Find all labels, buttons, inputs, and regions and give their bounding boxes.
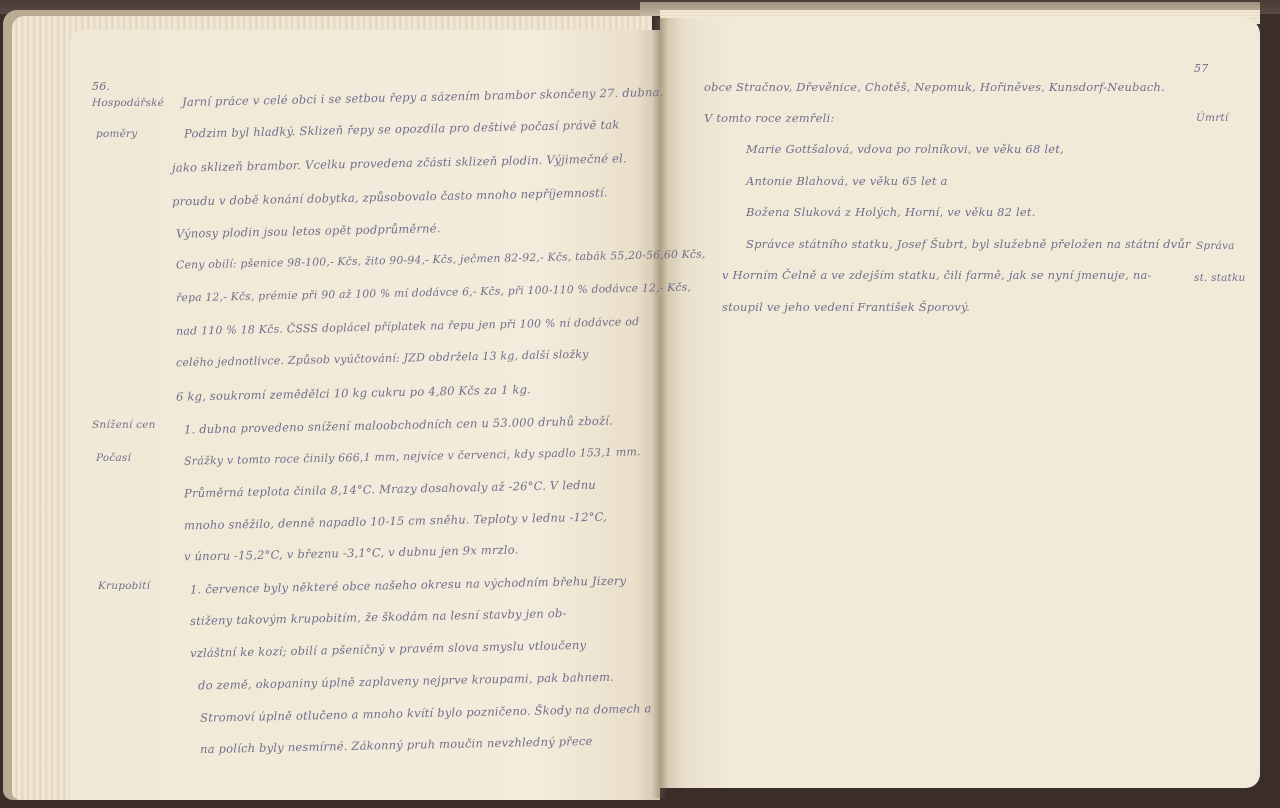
margin-note: Krupobití [98, 580, 150, 592]
margin-note: Počasí [96, 452, 131, 464]
text-line: Správce státního statku, Josef Šubrt, by… [746, 237, 1191, 251]
text-line: stoupil ve jeho vedení František Šporový… [722, 300, 970, 314]
margin-note: Úmrtí [1196, 112, 1228, 124]
text-line: V tomto roce zemřeli: [704, 111, 834, 125]
text-line: Božena Sluková z Holých, Horní, ve věku … [746, 205, 1036, 219]
right-page [660, 18, 1260, 788]
margin-note: Správa [1196, 240, 1235, 252]
book-spine [652, 18, 668, 798]
text-line: Marie Gottšalová, vdova po rolníkovi, ve… [746, 142, 1064, 156]
text-line: Antonie Blahová, ve věku 65 let a [746, 174, 948, 188]
text-line: obce Stračnov, Dřevěnice, Chotěš, Nepomu… [704, 80, 1165, 94]
margin-note: Snížení cen [92, 419, 156, 431]
margin-note: poměry [96, 128, 137, 140]
margin-note: st. statku [1194, 272, 1246, 284]
text-line: v Horním Čelně a ve zdejším statku, čili… [722, 268, 1152, 282]
right-page-number: 57 [1194, 62, 1208, 75]
margin-note: Hospodářské [92, 97, 164, 109]
left-page-number: 56. [92, 80, 110, 93]
